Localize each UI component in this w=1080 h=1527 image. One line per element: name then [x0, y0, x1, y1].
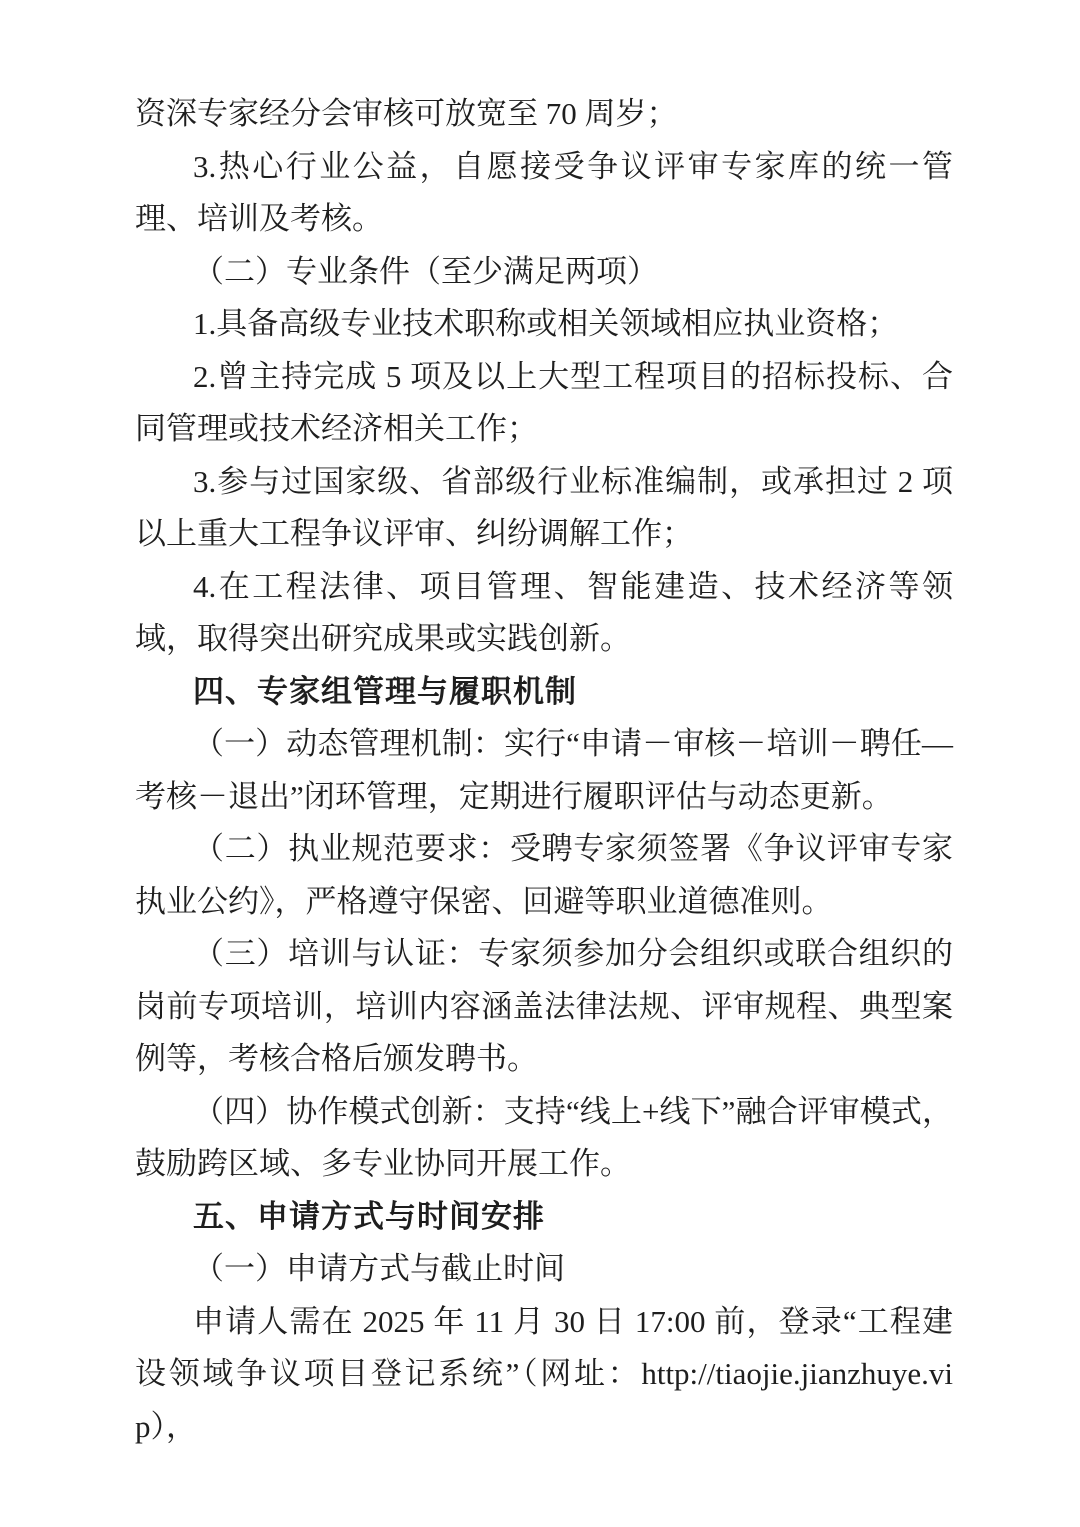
paragraph: 4.在工程法律、项目管理、智能建造、技术经济等领域，取得突出研究成果或实践创新。: [135, 561, 953, 666]
paragraph: （四）协作模式创新：支持“线上+线下”融合评审模式，鼓励跨区域、多专业协同开展工…: [135, 1086, 953, 1191]
paragraph: （二）执业规范要求：受聘专家须签署《争议评审专家执业公约》，严格遵守保密、回避等…: [135, 823, 953, 928]
section-heading: 五、申请方式与时间安排: [135, 1191, 953, 1244]
document-page: 资深专家经分会审核可放宽至 70 周岁；3.热心行业公益，自愿接受争议评审专家库…: [0, 0, 1080, 1527]
paragraph: （三）培训与认证：专家须参加分会组织或联合组织的岗前专项培训，培训内容涵盖法律法…: [135, 928, 953, 1086]
paragraph: （一）动态管理机制：实行“申请－审核－培训－聘任—考核－退出”闭环管理，定期进行…: [135, 718, 953, 823]
paragraph: 资深专家经分会审核可放宽至 70 周岁；: [135, 88, 953, 141]
paragraph: 2.曾主持完成 5 项及以上大型工程项目的招标投标、合同管理或技术经济相关工作；: [135, 351, 953, 456]
paragraph: （二）专业条件（至少满足两项）: [135, 246, 953, 299]
document-text-block: 资深专家经分会审核可放宽至 70 周岁；3.热心行业公益，自愿接受争议评审专家库…: [135, 88, 953, 1453]
paragraph: 3.热心行业公益，自愿接受争议评审专家库的统一管理、培训及考核。: [135, 141, 953, 246]
paragraph: 1.具备高级专业技术职称或相关领域相应执业资格；: [135, 298, 953, 351]
paragraph: （一）申请方式与截止时间: [135, 1243, 953, 1296]
paragraph: 3.参与过国家级、省部级行业标准编制，或承担过 2 项以上重大工程争议评审、纠纷…: [135, 456, 953, 561]
paragraph: 申请人需在 2025 年 11 月 30 日 17:00 前，登录“工程建设领域…: [135, 1296, 953, 1454]
section-heading: 四、专家组管理与履职机制: [135, 666, 953, 719]
